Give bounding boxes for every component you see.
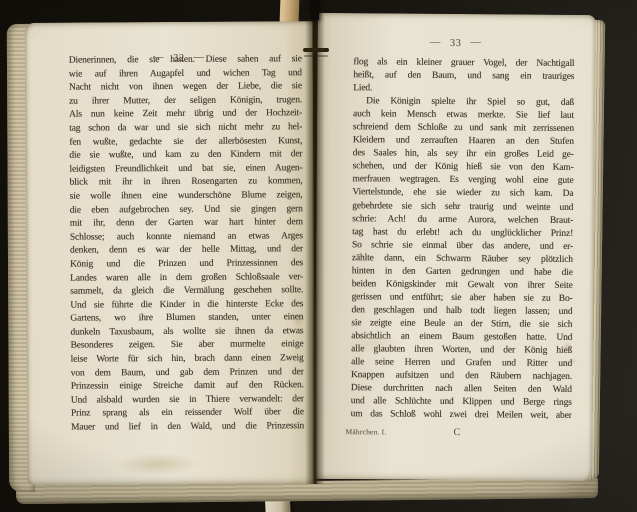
text-line: dunkeln Taxusbaum, als wollte sie ihnen … bbox=[70, 325, 303, 340]
text-line: tag hast du erlebt! ach du unglücklicher… bbox=[352, 226, 573, 241]
text-line: leise Worte für sich hin, brach dann ein… bbox=[71, 352, 304, 367]
text-line: mit ihr, denn der Garten war hart hinter… bbox=[70, 216, 303, 231]
text-line: Prinzessin einige Streiche damit auf den… bbox=[71, 379, 304, 394]
text-line: von dem Baum, und gab dem Prinzen und de… bbox=[71, 366, 304, 381]
text-line: sammelt, da gleich die Vermälung gescheh… bbox=[70, 284, 303, 299]
book-gutter bbox=[305, 12, 325, 484]
text-line: Und sie führte die Kinder in die hinters… bbox=[70, 298, 303, 313]
book-photo: —32— Dienerinnen, die sie hatten. Diese … bbox=[0, 0, 637, 512]
text-line: denken, denn es war der helle Mittag, un… bbox=[70, 244, 303, 259]
header-dash: — bbox=[470, 37, 481, 48]
text-line: Landes waren alle in dem großen Schloßsa… bbox=[70, 271, 303, 286]
right-page: —33— flog als ein kleiner grauer Vogel, … bbox=[314, 13, 596, 481]
text-line: die eben aufgebrochen sey. Und sie ginge… bbox=[70, 203, 303, 218]
text-line: heißt, auf den Baum, und sang ein trauri… bbox=[353, 69, 574, 84]
text-line: Schlosse; auch konnte niemand an etwas A… bbox=[70, 230, 303, 245]
left-page-text: Dienerinnen, die sie hatten. Diese sahen… bbox=[69, 53, 304, 435]
right-page-header: —33— bbox=[346, 37, 566, 50]
text-line: fen wußte, gedachte sie der allerböseste… bbox=[69, 135, 302, 150]
left-page: —32— Dienerinnen, die sie hatten. Diese … bbox=[25, 21, 316, 485]
text-line: Gartens, wo ihre Blumen standen, unter e… bbox=[70, 311, 303, 326]
text-line: leidigsten Freundlichkeit und bat sie, e… bbox=[69, 162, 302, 177]
text-line: So schrie sie einmal über das andere, un… bbox=[352, 239, 573, 254]
text-line: Viertelstunde, ehe sie wieder zu sich ka… bbox=[352, 187, 573, 202]
right-page-text: flog als ein kleiner grauer Vogel, der N… bbox=[351, 56, 575, 423]
signature-mark: C bbox=[453, 427, 460, 438]
text-line: Als nun keine Zeit mehr übrig und der Ho… bbox=[69, 108, 302, 123]
text-line: wie auf ihren Augapfel und wichen Tag un… bbox=[69, 67, 302, 82]
text-line: Nacht nicht von ihnen wegen der Liebe, d… bbox=[69, 80, 302, 95]
text-line: blick mit ihr in ihren Rosengarten zu ko… bbox=[70, 176, 303, 191]
right-page-number: 33 bbox=[450, 38, 462, 49]
text-line: König und die Prinzen und Prinzessinnen … bbox=[70, 257, 303, 272]
right-page-footer: Mährchen. I. C bbox=[350, 425, 571, 443]
text-line: die sie wußte, und kam zu den Kindern mi… bbox=[69, 148, 302, 163]
header-dash: — bbox=[430, 37, 441, 48]
text-line: Und alsbald wurden sie in Thiere verwand… bbox=[71, 393, 304, 408]
signature-title: Mährchen. I. bbox=[346, 427, 387, 436]
text-line: Prinz sprang als ein reissender Wolf übe… bbox=[71, 407, 304, 422]
text-line: schrie: Ach! du arme Aurora, welchen Bra… bbox=[352, 213, 573, 228]
text-line: gebehrdete sie sich sehr traurig und wei… bbox=[352, 200, 573, 215]
binding-stitch bbox=[303, 48, 329, 52]
text-line: Besonderes zeigen. Sie aber murmelte ein… bbox=[71, 339, 304, 354]
text-line: sie wolle ihnen eine wunderschöne Blume … bbox=[70, 189, 303, 204]
text-line: um das Schloß wohl zwei drei Meilen weit… bbox=[351, 408, 572, 423]
text-line: Mauer und lief in den Wald, und die Prin… bbox=[71, 420, 304, 435]
spine-shadow-top bbox=[311, 0, 319, 20]
text-line: Dienerinnen, die sie hatten. Diese sahen… bbox=[69, 53, 302, 68]
text-line: tag schon da war und sie sich nicht mehr… bbox=[69, 121, 302, 136]
text-line: zu ihrer Mutter, der seligen Königin, tr… bbox=[69, 94, 302, 109]
